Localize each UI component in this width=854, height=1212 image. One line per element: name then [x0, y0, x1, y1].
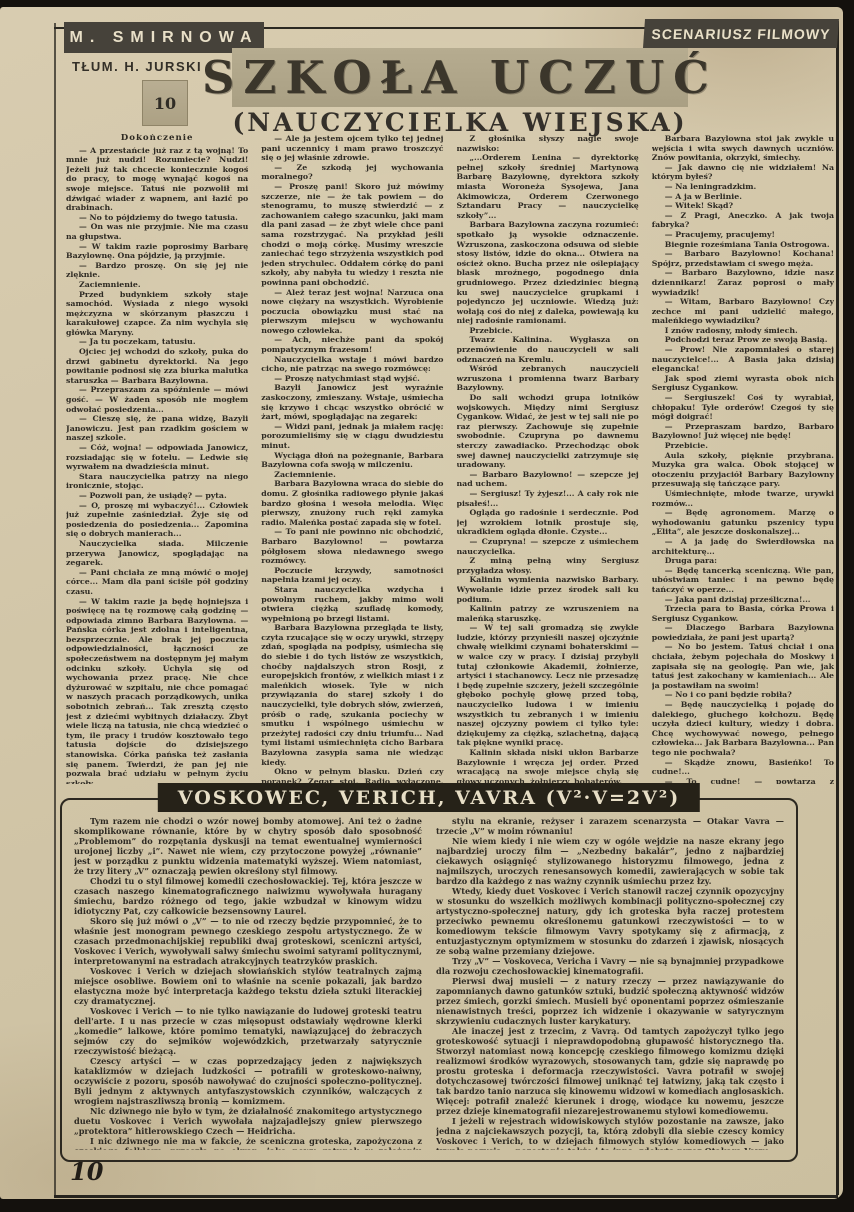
paragraph: Bazyli Janowicz jest wyraźnie zaskoczony… — [261, 383, 443, 421]
paragraph: Zaciemnienie. — [261, 470, 443, 480]
paragraph: — Jaka pani dzisiaj prześliczna!... — [652, 595, 834, 605]
continuation-label: Dokończenie — [66, 134, 248, 144]
paragraph: — Barbaro Bazylowno! Kochana! Spójrz, pr… — [652, 249, 834, 268]
paragraph: — To pani nie powinno nic obchodzić, Bar… — [261, 527, 443, 565]
paragraph: — W takim razie ja będę hojniejsza i poś… — [66, 597, 248, 785]
paragraph: Trzy „V” — Voskoveca, Vericha i Vavry — … — [436, 956, 784, 976]
page-frame-bottom-rule — [54, 1195, 838, 1198]
paragraph: — A ja jadę do Swierdłowska na architekt… — [652, 537, 834, 556]
paragraph: Barbara Bazylowna wraca do siebie do dom… — [261, 479, 443, 527]
paragraph: Barbara Bazylowna przegląda te listy, cz… — [261, 623, 443, 767]
scenario-column-2-paragraphs: — Ale ja jestem ojcem tylko tej jednej p… — [261, 134, 443, 784]
paragraph: — Cieszę się, że pana widzę, Bazyli Jano… — [66, 414, 248, 443]
paragraph: Barbara Bazylowna zaczyna rozumieć: spot… — [457, 220, 639, 326]
paragraph: Nic dziwnego nie było w tym, że działaln… — [74, 1106, 422, 1136]
paragraph: Biegnie roześmiana Tania Ostrogowa. — [652, 240, 834, 250]
paragraph: — Bardzo proszę. On się jej nie zlęknie. — [66, 261, 248, 280]
paragraph: — Ja tu poczekam, tatusiu. — [66, 337, 248, 347]
paragraph: Skoro się już mówi o „V” — to nie od rze… — [74, 916, 422, 966]
masthead-section-label: SCENARIUSZ FILMOWY — [643, 19, 839, 48]
paragraph: — Cóż, wojna! — odpowiada Janowicz, rozs… — [66, 443, 248, 472]
paragraph: Tym razem nie chodzi o wzór nowej bomby … — [74, 816, 422, 876]
paragraph: — On was nie przyjmie. Nie ma czasu na g… — [66, 222, 248, 241]
paragraph: Voskovec i Verich w dziejach słowiańskic… — [74, 966, 422, 1006]
paragraph: — Z Pragi, Aneczko. A jak twoja fabryka? — [652, 211, 834, 230]
paragraph: Z głośnika słyszy nagle swoje nazwisko: — [457, 134, 639, 153]
essay-column-2: stylu na ekranie, reżyser i zarazem scen… — [436, 816, 784, 1150]
paragraph: — A ja w Berlinie. — [652, 192, 834, 202]
paragraph: I jeżeli w rejestrach widowiskowych styl… — [436, 1116, 784, 1150]
paragraph: — Będę agronomem. Marzę o wyhodowaniu ga… — [652, 508, 834, 537]
article-title: SZKOŁA UCZUĆ — [202, 51, 718, 104]
paragraph: — No to pójdziemy do twego tatusia. — [66, 213, 248, 223]
paragraph: Barbara Bazylowna stoi jak zwykle u wejś… — [652, 134, 834, 163]
paragraph: — W tej sali gromadzą się zwykle ludzie,… — [457, 623, 639, 748]
translator-credit: TŁUM. H. JURSKI — [72, 59, 202, 74]
paragraph: — Barbaro Bazylowno! — szepcze jej nad u… — [457, 470, 639, 489]
paragraph: Pierwsi dwaj musieli — z natury rzeczy —… — [436, 976, 784, 1026]
scenario-column-2: — Ale ja jestem ojcem tylko tej jednej p… — [261, 134, 443, 784]
paragraph: Przed budynkiem szkoły staje samochód. W… — [66, 290, 248, 338]
paragraph: Do sali wchodzi grupa lotników wojskowyc… — [457, 393, 639, 470]
essay-column-1: Tym razem nie chodzi o wzór nowej bomby … — [74, 816, 422, 1150]
paragraph: Kalinin patrzy ze wzruszeniem na maleńką… — [457, 604, 639, 623]
page-frame-left-rule — [54, 23, 56, 1195]
essay-column-2-paragraphs: stylu na ekranie, reżyser i zarazem scen… — [436, 816, 784, 1150]
paragraph: Zaciemnienie. — [66, 280, 248, 290]
paragraph: I znów radosny, młody śmiech. — [652, 326, 834, 336]
paragraph: — O, proszę mi wybaczyć!... Człowiek już… — [66, 501, 248, 539]
paragraph: Trzecia para to Basia, córka Prowa i Ser… — [652, 604, 834, 623]
paragraph: — Witek! Skąd? — [652, 201, 834, 211]
paragraph: — Czupryna! — szepcze z uśmiechem nauczy… — [457, 537, 639, 556]
scenario-column-3: Z głośnika słyszy nagle swoje nazwisko:„… — [457, 134, 639, 784]
scenario-column-1-paragraphs: — A przestańcie już raz z tą wojną! To m… — [66, 146, 248, 784]
paragraph: — Prow! Nie zapomniałeś o starej nauczyc… — [652, 345, 834, 374]
paragraph: Aula szkoły, pięknie przybrana. Muzyka g… — [652, 451, 834, 489]
paragraph: Okno w pełnym blasku. Dzień czy poranek?… — [261, 767, 443, 784]
paragraph: — Barbaro Bazylowno, idzie nasz dziennik… — [652, 268, 834, 297]
scenario-column-1: Dokończenie — A przestańcie już raz z tą… — [66, 134, 248, 784]
paragraph: — Skądże znowu, Basieńko! To cudne!... — [652, 758, 834, 777]
paragraph: — Przepraszam bardzo, Barbaro Bazylowno!… — [652, 422, 834, 441]
paragraph: I nic dziwnego nie ma w fakcie, że sceni… — [74, 1136, 422, 1150]
article-title-band: SZKOŁA UCZUĆ — [232, 48, 688, 107]
paragraph: — Ale ja jestem ojcem tylko tej jednej p… — [261, 134, 443, 163]
paragraph: — Dlaczego Barbara Bazylowna powiedziała… — [652, 623, 834, 642]
paragraph: Ojciec jej wchodzi do szkoły, puka do dr… — [66, 347, 248, 385]
paragraph: — Proszę natychmiast stąd wyjść. — [261, 374, 443, 384]
paragraph: Kalinin wymienia nazwisko Barbary. Wywoł… — [457, 575, 639, 604]
paragraph: — Przepraszam za spóźnienie — mówi gość.… — [66, 385, 248, 414]
paragraph: Przebicie. — [457, 326, 639, 336]
paragraph: — Pracujemy, pracujemy! — [652, 230, 834, 240]
paragraph: Z miną pełną winy Sergiusz przygładza wł… — [457, 556, 639, 575]
paragraph: Ogląda go radośnie i serdecznie. Pod jej… — [457, 508, 639, 537]
paragraph: — Widzi pani, jednak ja miałem rację: po… — [261, 422, 443, 451]
paragraph: — Sergiuszek! Coś ty wyrabiał, chłopaku!… — [652, 393, 834, 422]
paragraph: Przebicie. — [652, 441, 834, 451]
magazine-page: M. SMIRNOWA SCENARIUSZ FILMOWY TŁUM. H. … — [0, 7, 843, 1199]
paragraph: — Sergiusz! Ty żyjesz!... A cały rok nie… — [457, 489, 639, 508]
paragraph: Czescy artyści — w czas poprzedzający je… — [74, 1056, 422, 1106]
paragraph: Wyciąga dłoń na pożegnanie, Barbara Bazy… — [261, 451, 443, 470]
paragraph: stylu na ekranie, reżyser i zarazem scen… — [436, 816, 784, 836]
essay-text-columns: Tym razem nie chodzi o wzór nowej bomby … — [74, 816, 784, 1150]
essay-column-1-paragraphs: Tym razem nie chodzi o wzór nowej bomby … — [74, 816, 422, 1150]
paragraph: — Będę tancerką sceniczną. Wie pan, ubós… — [652, 566, 834, 595]
paragraph: Nauczycielka siada. Milczenie przerywa J… — [66, 539, 248, 568]
paragraph: Wtedy, kiedy duet Voskovec i Verich stan… — [436, 886, 784, 956]
paragraph: Kalinin składa niski ukłon Barbarze Bazy… — [457, 748, 639, 784]
scenario-text-columns: Dokończenie — A przestańcie już raz z tą… — [66, 134, 834, 784]
paragraph: — No bo jestem. Tatuś chciał i ona chcia… — [652, 642, 834, 690]
paragraph: — Pozwoli pan, że usiądę? — pyta. — [66, 491, 248, 501]
article-subtitle: (NAUCZYCIELKA WIEJSKA) — [208, 108, 712, 137]
paragraph: — Będę nauczycielką i pojadę do dalekieg… — [652, 700, 834, 758]
paragraph: Podchodzi teraz Prow ze swoją Basią. — [652, 335, 834, 345]
page-frame-right-rule — [836, 21, 839, 1195]
paragraph: — A przestańcie już raz z tą wojną! To m… — [66, 146, 248, 213]
essay-title: VOSKOWEC, VERICH, VAVRA (V²·V=2V²) — [158, 783, 700, 812]
paragraph: Wśród zebranych nauczycieli wzruszona i … — [457, 364, 639, 393]
paragraph: Stara nauczycielka wzdycha i powolnym ru… — [261, 585, 443, 623]
page-number: 10 — [70, 1157, 103, 1186]
paragraph: — W takim razie poprosimy Barbarę Bazylo… — [66, 242, 248, 261]
scenario-column-4-paragraphs: Barbara Bazylowna stoi jak zwykle u wejś… — [652, 134, 834, 784]
paragraph: — Pani chciała ze mną mówić o mojej córc… — [66, 568, 248, 597]
paragraph: — Na leningradzkim. — [652, 182, 834, 192]
paragraph: Twarz Kalinina. Wygłasza on przemówienie… — [457, 335, 639, 364]
paragraph: Poczucie krzywdy, samotności napełnia łz… — [261, 566, 443, 585]
paragraph: Nie wiem kiedy i nie wiem czy w ogóle we… — [436, 836, 784, 886]
scenario-column-3-paragraphs: Z głośnika słyszy nagle swoje nazwisko:„… — [457, 134, 639, 784]
paragraph: — Proszę pani! Skoro już mówimy szczerze… — [261, 182, 443, 288]
paragraph: — Ach, niechże pani da spokój pompatyczn… — [261, 335, 443, 354]
scenario-column-4: Barbara Bazylowna stoi jak zwykle u wejś… — [652, 134, 834, 784]
essay-box: VOSKOWEC, VERICH, VAVRA (V²·V=2V²) Tym r… — [60, 798, 798, 1162]
paragraph: Jak spod ziemi wyrasta obok nich Sergius… — [652, 374, 834, 393]
paragraph: — Ależ teraz jest wojna! Narzuca ona now… — [261, 288, 443, 336]
paragraph: Chodzi tu o styl filmowej komedii czecho… — [74, 876, 422, 916]
paragraph: — Jak dawno cię nie widziałem! Na którym… — [652, 163, 834, 182]
episode-number-badge: 10 — [142, 80, 188, 126]
paragraph: Nauczycielka wstaje i mówi bardzo cicho,… — [261, 355, 443, 374]
paragraph: — Witam, Barbaro Bazylowno! Czy zechce m… — [652, 297, 834, 326]
paragraph: — Ze szkodą jej wychowania moralnego? — [261, 163, 443, 182]
paragraph: Druga para: — [652, 556, 834, 566]
paragraph: „...Orderem Lenina — dyrektorkę pełnej s… — [457, 153, 639, 220]
paragraph: — No i co pani będzie robiła? — [652, 690, 834, 700]
paragraph: Ale inaczej jest z trzecim, z Vavrą. Od … — [436, 1026, 784, 1116]
paragraph: Stara nauczycielka patrzy na niego ironi… — [66, 472, 248, 491]
paragraph: Voskovec i Verich — to nie tylko nawiąza… — [74, 1006, 422, 1056]
paragraph: Uśmiechnięte, młode twarze, urywki rozmó… — [652, 489, 834, 508]
